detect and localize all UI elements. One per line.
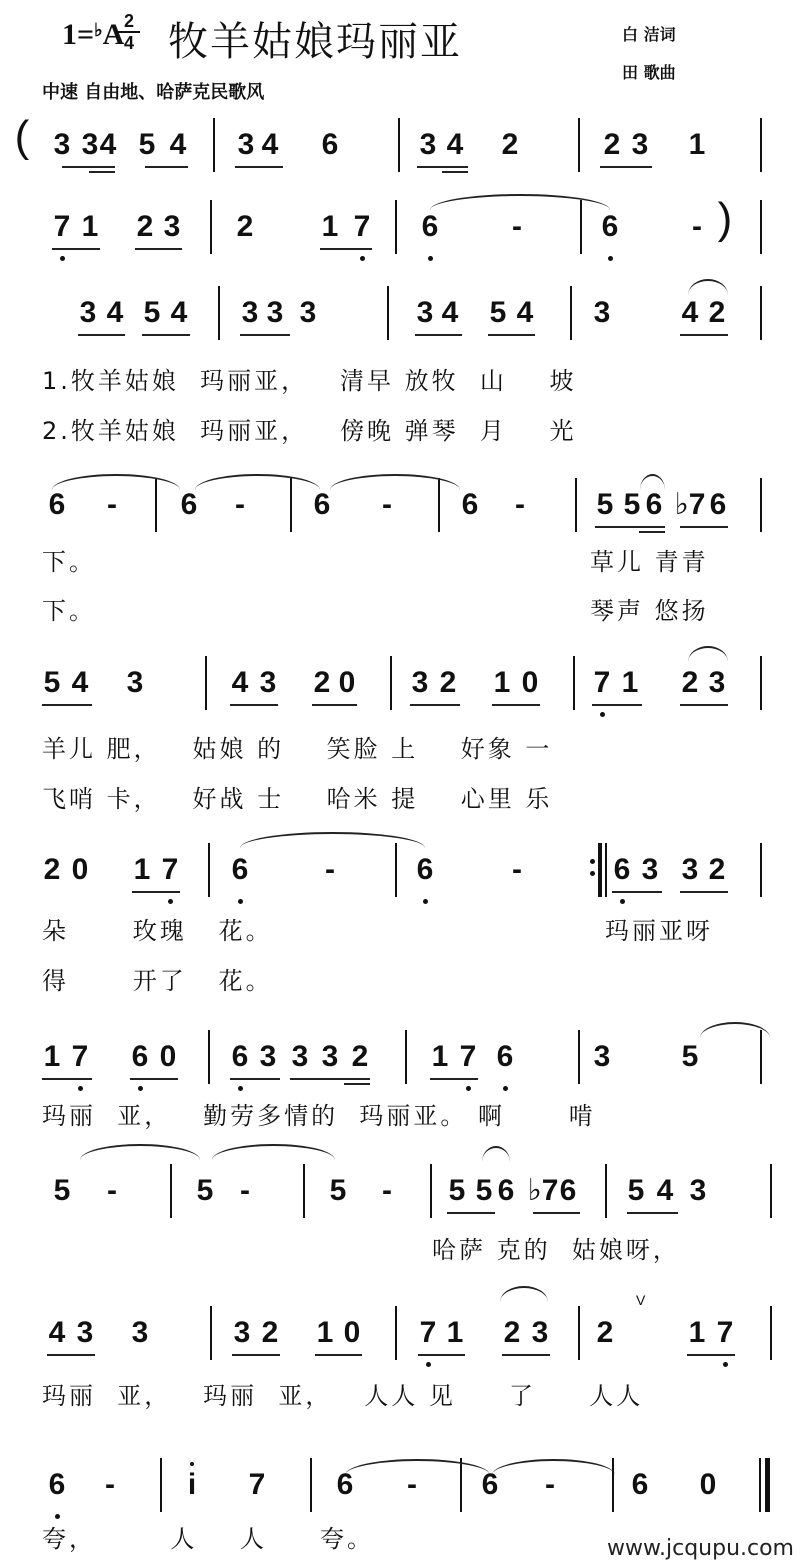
- note: 2: [352, 1042, 369, 1072]
- beam: [488, 334, 535, 336]
- beam: [415, 334, 462, 336]
- dash-extension: -: [105, 1470, 115, 1500]
- note: 1: [447, 1318, 464, 1348]
- beam: [230, 704, 278, 706]
- barline: [575, 478, 577, 532]
- low-octave-dot: [78, 1086, 83, 1091]
- barline: [218, 286, 220, 340]
- note: 2: [504, 1318, 521, 1348]
- beam: [145, 166, 188, 168]
- note: 6: [498, 1176, 515, 1206]
- dash-extension: -: [107, 1176, 117, 1206]
- note: 5: [197, 1176, 214, 1206]
- slur-tie: [482, 1146, 510, 1162]
- note: 4: [232, 668, 249, 698]
- low-octave-dot: [723, 1362, 728, 1367]
- barline: [760, 478, 762, 532]
- lyricist-credit: 白 洁词: [622, 22, 676, 45]
- note: 3: [260, 1042, 277, 1072]
- barline: [205, 656, 207, 710]
- beam: [42, 1078, 92, 1080]
- lyric-line: 下。: [42, 542, 96, 577]
- barline: [573, 656, 575, 710]
- note: 6: [181, 490, 198, 520]
- note: i: [188, 1470, 196, 1500]
- barline: [160, 1458, 162, 1512]
- note: 1: [689, 1318, 706, 1348]
- note: 6: [422, 212, 439, 242]
- note: 7: [354, 212, 371, 242]
- note: 6: [614, 855, 631, 885]
- beam: [595, 526, 665, 528]
- parenthesis: ): [718, 204, 733, 234]
- barline: [578, 118, 580, 172]
- slur-tie: [688, 279, 728, 295]
- note: 6: [710, 490, 727, 520]
- beam: [680, 334, 728, 336]
- repeat-barline-thick: [598, 843, 602, 897]
- note: 1: [322, 212, 339, 242]
- watermark: www.jcqupu.com: [607, 1536, 794, 1561]
- beam: [240, 334, 290, 336]
- note: 5: [597, 490, 614, 520]
- note: 3: [82, 130, 99, 160]
- note: 7: [72, 1042, 89, 1072]
- barline: [760, 656, 762, 710]
- slur-tie: [330, 474, 460, 490]
- note: 2: [314, 668, 331, 698]
- beam: [235, 166, 283, 168]
- slur-tie: [212, 1144, 335, 1160]
- note: 2: [682, 668, 699, 698]
- barline: [612, 1458, 614, 1512]
- dash-extension: -: [692, 212, 702, 242]
- note: 5: [44, 668, 61, 698]
- time-signature: 2 4: [118, 12, 140, 52]
- barline: [570, 286, 572, 340]
- slur-tie: [52, 474, 180, 490]
- lyric-line: 下。: [42, 591, 96, 626]
- note: 3: [127, 668, 144, 698]
- barline: [170, 1164, 172, 1218]
- note: 1: [622, 668, 639, 698]
- note: 4: [657, 1176, 674, 1206]
- note: 5: [624, 490, 641, 520]
- beam: [418, 1354, 465, 1356]
- note: ♭7: [675, 490, 706, 520]
- low-octave-dot: [60, 256, 65, 261]
- beam: [600, 166, 652, 168]
- barline: [210, 200, 212, 254]
- note: 3: [164, 212, 181, 242]
- barline: [760, 1030, 762, 1084]
- note: 6: [49, 490, 66, 520]
- beam: [447, 1212, 495, 1214]
- note: 6: [497, 1042, 514, 1072]
- slur-tie: [500, 1286, 548, 1302]
- beam: [62, 166, 115, 168]
- lyric-line: 草儿 青青: [590, 542, 709, 577]
- note: 6: [49, 1470, 66, 1500]
- barline: [310, 1458, 312, 1512]
- lyric-line: 玛丽亚呀: [605, 911, 713, 946]
- note: 3: [417, 298, 434, 328]
- barline: [395, 200, 397, 254]
- lyric-line: 得 开了 花。: [42, 961, 273, 996]
- note: 5: [628, 1176, 645, 1206]
- lyric-line: 琴声 悠扬: [590, 591, 709, 626]
- barline: [578, 1306, 580, 1360]
- note: 5: [54, 1176, 71, 1206]
- lyric-line: 1.牧羊姑娘 玛丽亚， 清早 放牧 山 坡: [42, 361, 576, 396]
- key-label: 1=: [62, 18, 94, 51]
- beam: [135, 248, 182, 250]
- barline: [395, 843, 397, 897]
- note: 6: [232, 855, 249, 885]
- beam: [502, 1354, 550, 1356]
- slur-tie: [345, 1459, 490, 1475]
- note: 0: [72, 855, 89, 885]
- beam: [680, 891, 728, 893]
- note: 3: [709, 668, 726, 698]
- low-octave-dot: [238, 1086, 243, 1091]
- barline: [390, 656, 392, 710]
- beam: [230, 1078, 280, 1080]
- beam: [320, 248, 372, 250]
- note: 6: [646, 490, 663, 520]
- note: 1: [44, 1042, 61, 1072]
- beam: [627, 1212, 678, 1214]
- barline: [760, 118, 762, 172]
- note: 2: [604, 130, 621, 160]
- song-title: 牧羊姑娘玛丽亚: [168, 10, 462, 67]
- note: 0: [160, 1042, 177, 1072]
- note: 7: [717, 1318, 734, 1348]
- key-signature: 1=♭A: [62, 18, 124, 52]
- barline: [770, 1306, 772, 1360]
- note: 0: [344, 1318, 361, 1348]
- dash-extension: -: [512, 212, 522, 242]
- beam: [315, 1354, 362, 1356]
- beam: [410, 704, 460, 706]
- final-barline-thick: [765, 1458, 770, 1512]
- note: 4: [72, 668, 89, 698]
- beam: [533, 1212, 580, 1214]
- note: 1: [432, 1042, 449, 1072]
- beam: [612, 891, 662, 893]
- high-octave-dot: [190, 1462, 194, 1466]
- note: 3: [682, 855, 699, 885]
- note: 7: [54, 212, 71, 242]
- note: 3: [632, 130, 649, 160]
- note: 3: [690, 1176, 707, 1206]
- beam: [680, 704, 728, 706]
- composer-credit: 田 歌曲: [622, 60, 676, 83]
- parenthesis: (: [15, 122, 30, 152]
- note: 6: [560, 1176, 577, 1206]
- lyric-line: 2.牧羊姑娘 玛丽亚， 傍晚 弹琴 月 光: [42, 411, 576, 446]
- dash-extension: -: [382, 490, 392, 520]
- slur-tie: [492, 1459, 615, 1475]
- beam: [142, 334, 190, 336]
- flat-icon: ♭: [94, 20, 103, 40]
- note: 0: [339, 668, 356, 698]
- low-octave-dot: [423, 899, 428, 904]
- low-octave-dot: [466, 1086, 471, 1091]
- lyric-line: 玛丽 亚， 勤劳多情的 玛丽亚。 啊 啃: [42, 1096, 596, 1131]
- final-barline-thin: [759, 1458, 761, 1512]
- note: 5: [449, 1176, 466, 1206]
- note: 1: [82, 212, 99, 242]
- note: 5: [476, 1176, 493, 1206]
- note: 3: [267, 298, 284, 328]
- note: 3: [322, 1042, 339, 1072]
- lyric-line: 玛丽 亚， 玛丽 亚， 人人 见 了 人人: [42, 1376, 643, 1411]
- low-octave-dot: [426, 1362, 431, 1367]
- beam: [312, 704, 357, 706]
- beam: [130, 1078, 178, 1080]
- barline: [387, 286, 389, 340]
- note: 5: [490, 298, 507, 328]
- lyric-line: 飞哨 卡， 好战 士 哈米 提 心里 乐: [42, 779, 552, 814]
- note: 3: [238, 130, 255, 160]
- slur-tie: [80, 1144, 200, 1160]
- slur-tie: [640, 474, 665, 490]
- note: 4: [682, 298, 699, 328]
- barline: [210, 1306, 212, 1360]
- note: 6: [462, 490, 479, 520]
- note: 6: [417, 855, 434, 885]
- note: 4: [517, 298, 534, 328]
- note: 3: [260, 668, 277, 698]
- note: 0: [700, 1470, 717, 1500]
- barline: [405, 1030, 407, 1084]
- note: 3: [132, 1318, 149, 1348]
- repeat-dot: [590, 871, 595, 876]
- note: 1: [317, 1318, 334, 1348]
- note: 6: [322, 130, 339, 160]
- barline: [208, 1030, 210, 1084]
- note: 6: [632, 1470, 649, 1500]
- lyric-line: 朵 玫瑰 花。: [42, 911, 273, 946]
- note: 4: [171, 298, 188, 328]
- barline: [578, 1030, 580, 1084]
- note: 6: [314, 490, 331, 520]
- beam: [430, 1078, 478, 1080]
- note: 5: [144, 298, 161, 328]
- dash-extension: -: [382, 1176, 392, 1206]
- note: 6: [602, 212, 619, 242]
- repeat-barline-thin: [605, 843, 607, 897]
- beam: [232, 1354, 280, 1356]
- note: 2: [709, 298, 726, 328]
- barline: [395, 1306, 397, 1360]
- barline: [760, 286, 762, 340]
- dash-extension: -: [235, 490, 245, 520]
- slur-tie: [688, 646, 728, 662]
- time-top: 2: [118, 12, 140, 30]
- note: 2: [597, 1318, 614, 1348]
- beam: [417, 166, 468, 168]
- barline: [398, 118, 400, 172]
- note: 3: [532, 1318, 549, 1348]
- note: 3: [292, 1042, 309, 1072]
- dash-extension: -: [107, 490, 117, 520]
- dash-extension: -: [515, 490, 525, 520]
- lyric-line: 羊儿 肥， 姑娘 的 笑脸 上 好象 一: [42, 729, 552, 764]
- beam-double: [344, 1083, 370, 1085]
- note: 1: [494, 668, 511, 698]
- barline: [213, 118, 215, 172]
- note: 4: [262, 130, 279, 160]
- note: 3: [300, 298, 317, 328]
- note: ♭7: [528, 1176, 559, 1206]
- beam-double: [639, 531, 665, 533]
- beam: [687, 1354, 735, 1356]
- beam: [680, 526, 728, 528]
- beam: [42, 704, 92, 706]
- note: 5: [682, 1042, 699, 1072]
- dash-extension: -: [240, 1176, 250, 1206]
- note: 2: [709, 855, 726, 885]
- note: 3: [80, 298, 97, 328]
- slur-tie: [240, 832, 425, 848]
- low-octave-dot: [168, 899, 173, 904]
- note: 3: [642, 855, 659, 885]
- beam: [132, 891, 180, 893]
- low-octave-dot: [503, 1086, 508, 1091]
- low-octave-dot: [608, 256, 613, 261]
- note: 3: [54, 130, 71, 160]
- note: 6: [132, 1042, 149, 1072]
- barline: [605, 1164, 607, 1218]
- beam: [78, 334, 125, 336]
- low-octave-dot: [360, 256, 365, 261]
- note: 2: [502, 130, 519, 160]
- low-octave-dot: [138, 1086, 143, 1091]
- slur-tie: [430, 194, 610, 210]
- beam-double: [89, 171, 115, 173]
- note: 2: [262, 1318, 279, 1348]
- time-bottom: 4: [118, 34, 140, 52]
- note: 2: [440, 668, 457, 698]
- note: 1: [134, 855, 151, 885]
- note: 5: [139, 130, 156, 160]
- note: 3: [594, 298, 611, 328]
- dash-extension: -: [512, 855, 522, 885]
- repeat-dot: [590, 859, 595, 864]
- barline: [760, 843, 762, 897]
- beam-double: [442, 171, 468, 173]
- tempo-marking: 中速 自由地、哈萨克民歌风: [42, 78, 264, 104]
- dash-extension: -: [325, 855, 335, 885]
- note: 3: [234, 1318, 251, 1348]
- low-octave-dot: [620, 899, 625, 904]
- note: 3: [594, 1042, 611, 1072]
- note: 6: [232, 1042, 249, 1072]
- beam: [592, 704, 642, 706]
- note: 7: [594, 668, 611, 698]
- note: 4: [49, 1318, 66, 1348]
- note: 3: [420, 130, 437, 160]
- note: 7: [420, 1318, 437, 1348]
- slur-tie: [700, 1022, 770, 1038]
- barline: [770, 1164, 772, 1218]
- note: 3: [242, 298, 259, 328]
- note: 2: [237, 212, 254, 242]
- note: 4: [107, 298, 124, 328]
- note: 1: [689, 130, 706, 160]
- beam: [290, 1078, 370, 1080]
- low-octave-dot: [600, 712, 605, 717]
- note: 7: [162, 855, 179, 885]
- note: 3: [77, 1318, 94, 1348]
- note: 4: [447, 130, 464, 160]
- note: 7: [460, 1042, 477, 1072]
- lyric-line: 夸， 人 人 夸。: [42, 1519, 374, 1554]
- beam: [52, 248, 100, 250]
- beam: [47, 1354, 95, 1356]
- barline: [208, 843, 210, 897]
- lyric-line: 哈萨 克的 姑娘呀，: [432, 1230, 680, 1265]
- note: 2: [137, 212, 154, 242]
- note: 4: [442, 298, 459, 328]
- slur-tie: [195, 474, 320, 490]
- note: 5: [330, 1176, 347, 1206]
- barline: [760, 200, 762, 254]
- barline: [303, 1164, 305, 1218]
- note: 7: [249, 1470, 266, 1500]
- low-octave-dot: [238, 899, 243, 904]
- note: 2: [44, 855, 61, 885]
- note: 3: [412, 668, 429, 698]
- note: 4: [170, 130, 187, 160]
- note: 4: [100, 130, 117, 160]
- low-octave-dot: [428, 256, 433, 261]
- note: 0: [522, 668, 539, 698]
- beam: [492, 704, 540, 706]
- breath-mark: V: [636, 1292, 645, 1308]
- barline: [430, 1164, 432, 1218]
